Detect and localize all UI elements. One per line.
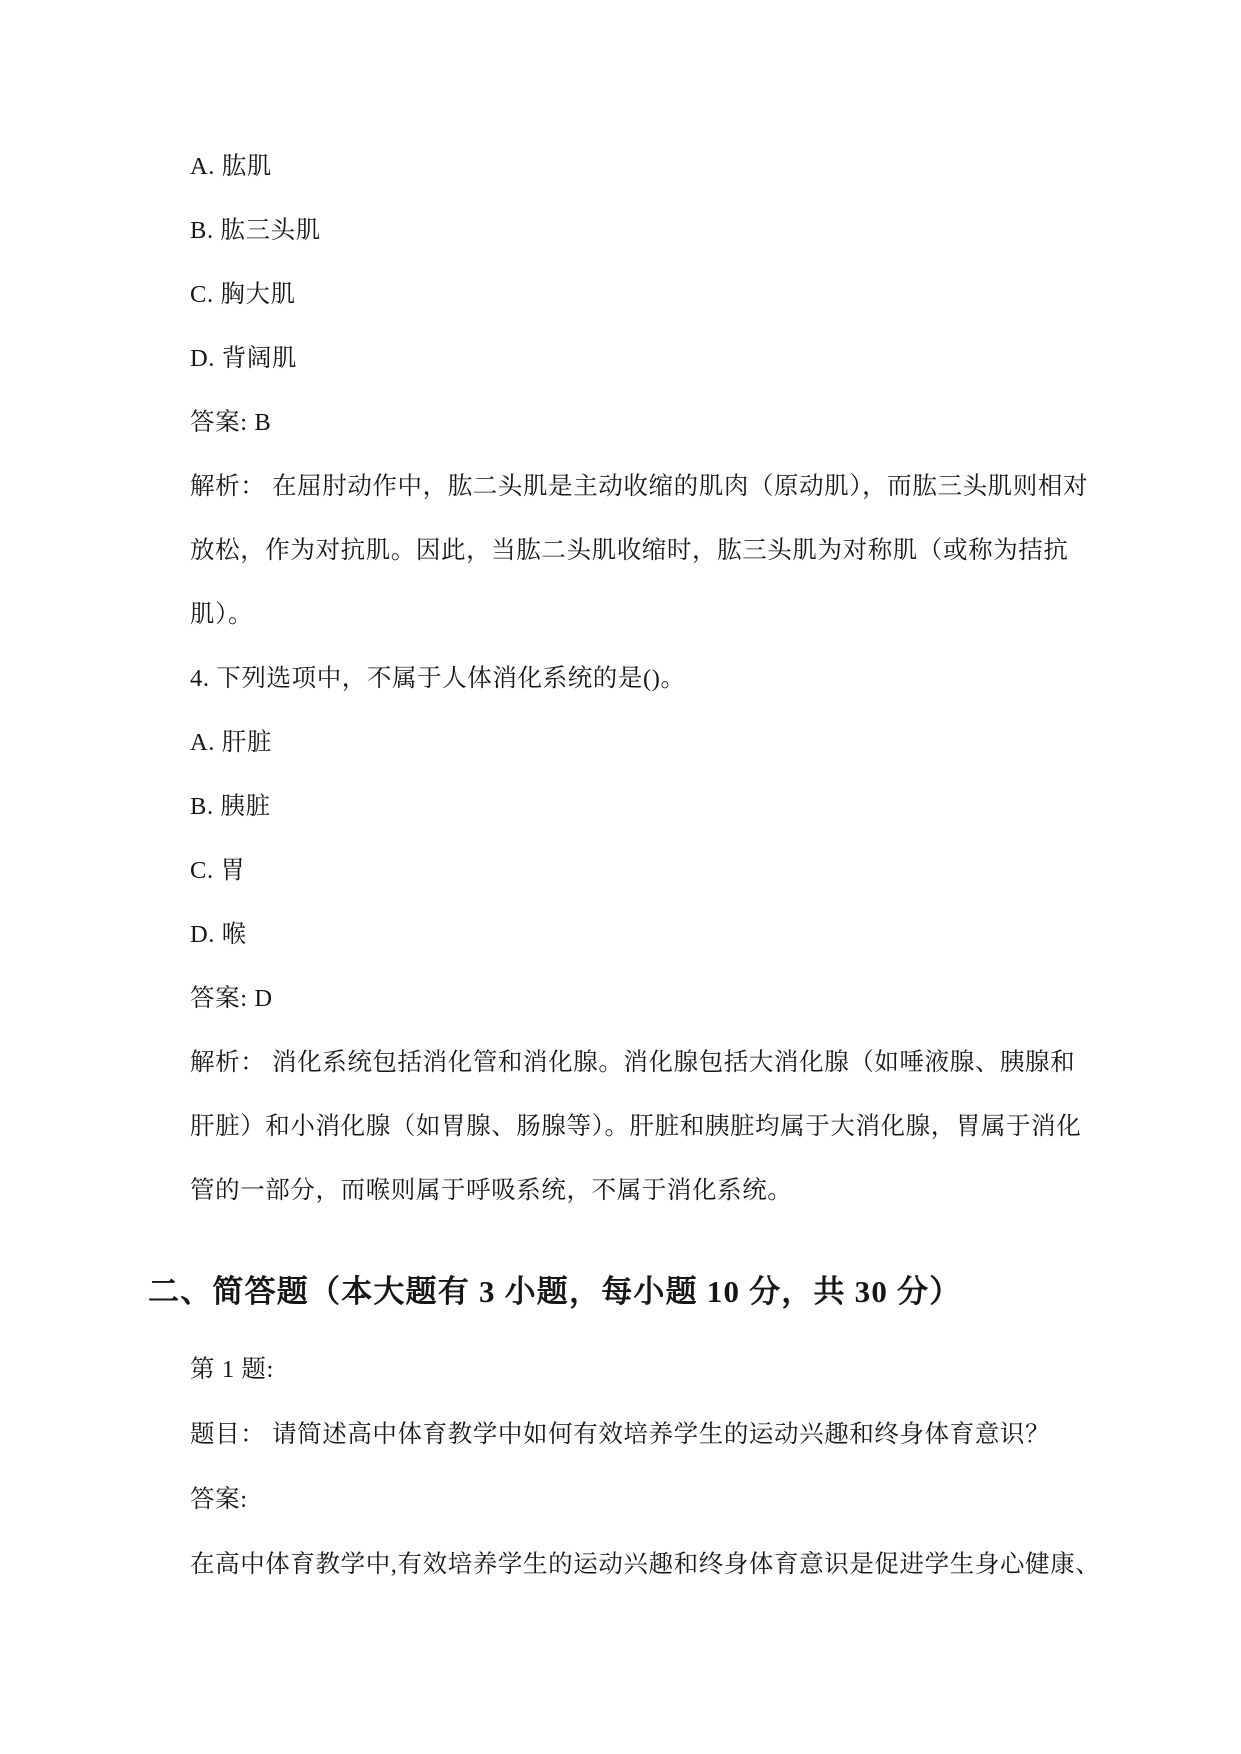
section2-q1-stem: 题目： 请简述高中体育教学中如何有效培养学生的运动兴趣和终身体育意识？ [190, 1402, 1101, 1467]
section2-q1-number: 第 1 题: [190, 1337, 1101, 1402]
q3-option-d: D. 背阔肌 [190, 327, 1101, 391]
q3-option-b: B. 肱三头肌 [190, 199, 1101, 263]
q3-option-c: C. 胸大肌 [190, 263, 1101, 327]
q4-option-a: A. 肝脏 [190, 711, 1101, 775]
q4-analysis-line-3: 管的一部分，而喉则属于呼吸系统，不属于消化系统。 [190, 1159, 1101, 1223]
q4-analysis-line-1: 解析： 消化系统包括消化管和消化腺。消化腺包括大消化腺（如唾液腺、胰腺和 [190, 1031, 1101, 1095]
q3-analysis-line-3: 肌）。 [190, 583, 1101, 647]
q4-option-c: C. 胃 [190, 839, 1101, 903]
q4-analysis-line-2: 肝脏）和小消化腺（如胃腺、肠腺等）。肝脏和胰脏均属于大消化腺，胃属于消化 [190, 1095, 1101, 1159]
q3-answer: 答案: B [190, 391, 1101, 455]
q3-option-a: A. 肱肌 [190, 135, 1101, 199]
q3-analysis-line-2: 放松，作为对抗肌。因此，当肱二头肌收缩时，肱三头肌为对称肌（或称为拮抗 [190, 519, 1101, 583]
q3-analysis-line-1: 解析： 在屈肘动作中，肱二头肌是主动收缩的肌肉（原动肌），而肱三头肌则相对 [190, 455, 1101, 519]
q4-stem: 4. 下列选项中，不属于人体消化系统的是()。 [190, 647, 1101, 711]
q4-option-d: D. 喉 [190, 903, 1101, 967]
section-2-heading: 二、简答题（本大题有 3 小题，每小题 10 分，共 30 分） [148, 1247, 1101, 1337]
section2-q1-answer-label: 答案: [190, 1467, 1101, 1532]
document-content: A. 肱肌 B. 肱三头肌 C. 胸大肌 D. 背阔肌 答案: B 解析： 在屈… [0, 0, 1241, 1597]
exam-document-page: A. 肱肌 B. 肱三头肌 C. 胸大肌 D. 背阔肌 答案: B 解析： 在屈… [0, 0, 1241, 1754]
q4-option-b: B. 胰脏 [190, 775, 1101, 839]
q4-answer: 答案: D [190, 967, 1101, 1031]
section2-q1-answer-line-1: 在高中体育教学中,有效培养学生的运动兴趣和终身体育意识是促进学生身心健康、 [190, 1532, 1101, 1597]
